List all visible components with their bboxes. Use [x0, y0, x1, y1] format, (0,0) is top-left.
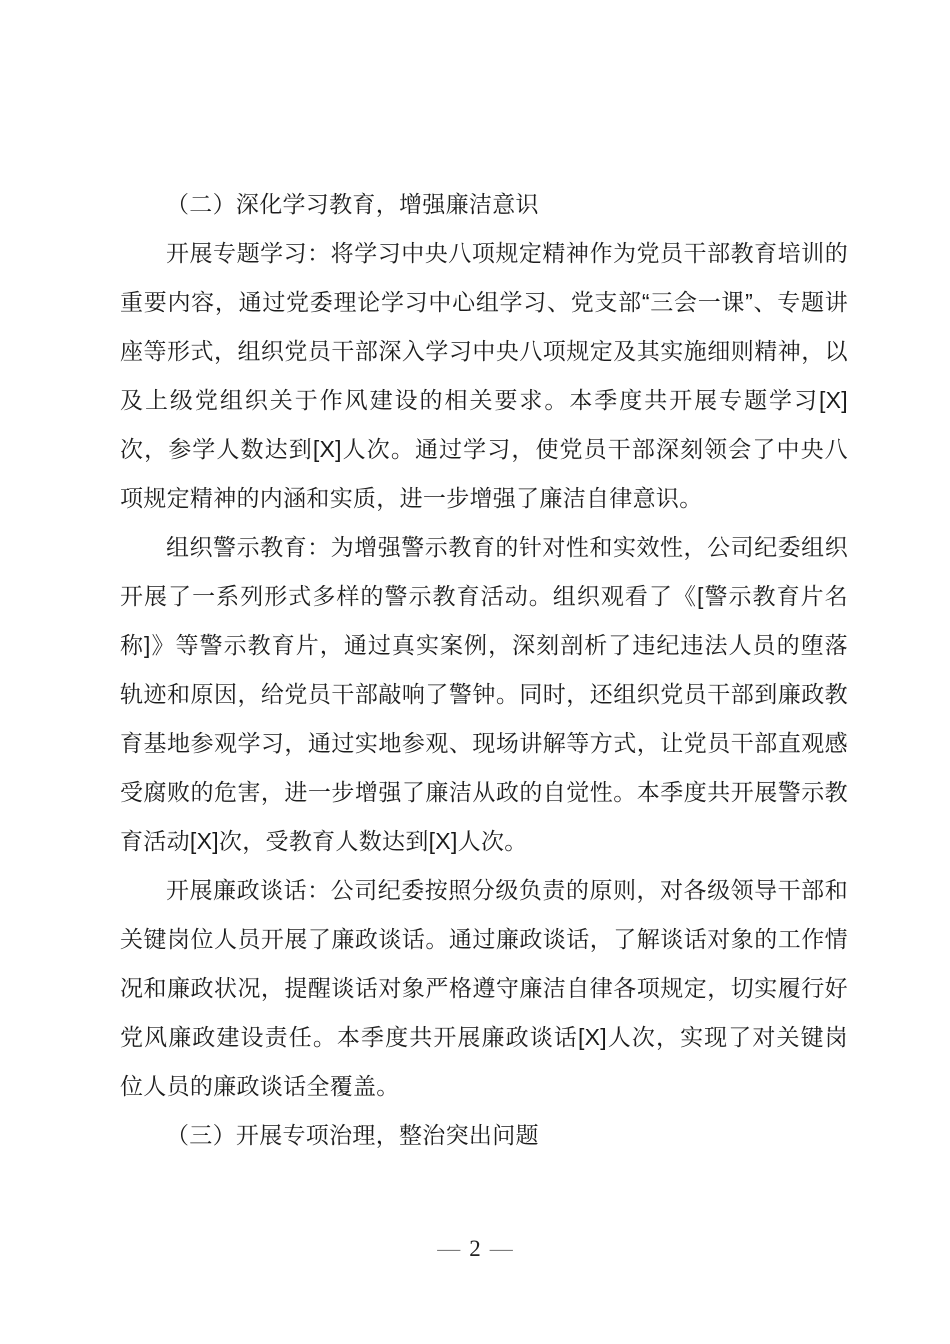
- document-page: （二）深化学习教育，增强廉洁意识 开展专题学习：将学习中央八项规定精神作为党员干…: [0, 0, 950, 1344]
- page-number: 2: [469, 1236, 481, 1261]
- paragraph-special-study: 开展专题学习：将学习中央八项规定精神作为党员干部教育培训的重要内容，通过党委理论…: [120, 229, 848, 523]
- section-heading-2: （二）深化学习教育，增强廉洁意识: [120, 180, 848, 229]
- document-body: （二）深化学习教育，增强廉洁意识 开展专题学习：将学习中央八项规定精神作为党员干…: [120, 180, 848, 1160]
- paragraph-integrity-talks: 开展廉政谈话：公司纪委按照分级负责的原则，对各级领导干部和关键岗位人员开展了廉政…: [120, 866, 848, 1111]
- footer-left-dash: —: [437, 1236, 460, 1261]
- page-footer: —2—: [0, 1234, 950, 1264]
- section-heading-3: （三）开展专项治理，整治突出问题: [120, 1111, 848, 1160]
- paragraph-warning-education: 组织警示教育：为增强警示教育的针对性和实效性，公司纪委组织开展了一系列形式多样的…: [120, 523, 848, 866]
- footer-right-dash: —: [490, 1236, 513, 1261]
